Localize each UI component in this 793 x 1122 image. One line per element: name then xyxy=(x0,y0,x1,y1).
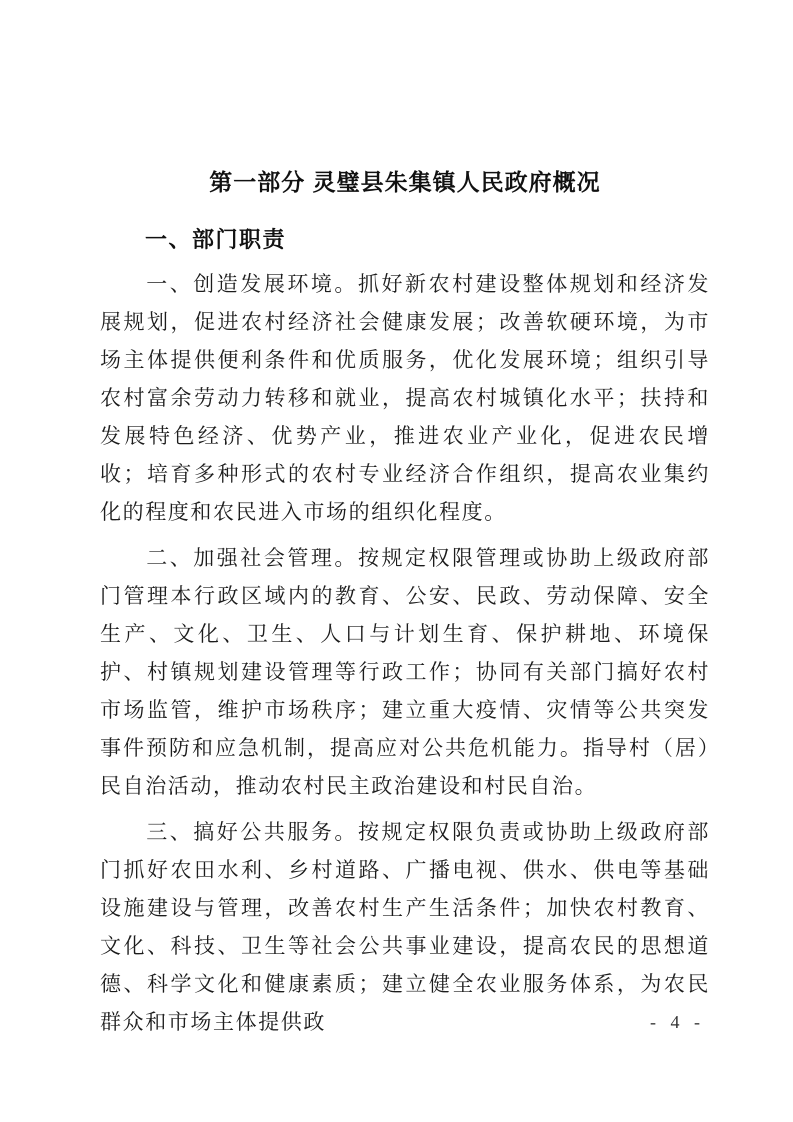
paragraph-duty-2: 二、加强社会管理。按规定权限管理或协助上级政府部门管理本行政区域内的教育、公安、… xyxy=(100,539,710,805)
paragraph-duty-1: 一、创造发展环境。抓好新农村建设整体规划和经济发展规划，促进农村经济社会健康发展… xyxy=(100,265,710,531)
document-page: 第一部分 灵璧县朱集镇人民政府概况 一、部门职责 一、创造发展环境。抓好新农村建… xyxy=(0,0,793,1122)
document-title: 第一部分 灵璧县朱集镇人民政府概况 xyxy=(100,168,710,196)
paragraph-duty-3: 三、搞好公共服务。按规定权限负责或协助上级政府部门抓好农田水利、乡村道路、广播电… xyxy=(100,813,710,1041)
document-content: 第一部分 灵璧县朱集镇人民政府概况 一、部门职责 一、创造发展环境。抓好新农村建… xyxy=(0,0,793,1041)
page-number: - 4 - xyxy=(650,1012,705,1033)
section-heading: 一、部门职责 xyxy=(145,227,710,253)
